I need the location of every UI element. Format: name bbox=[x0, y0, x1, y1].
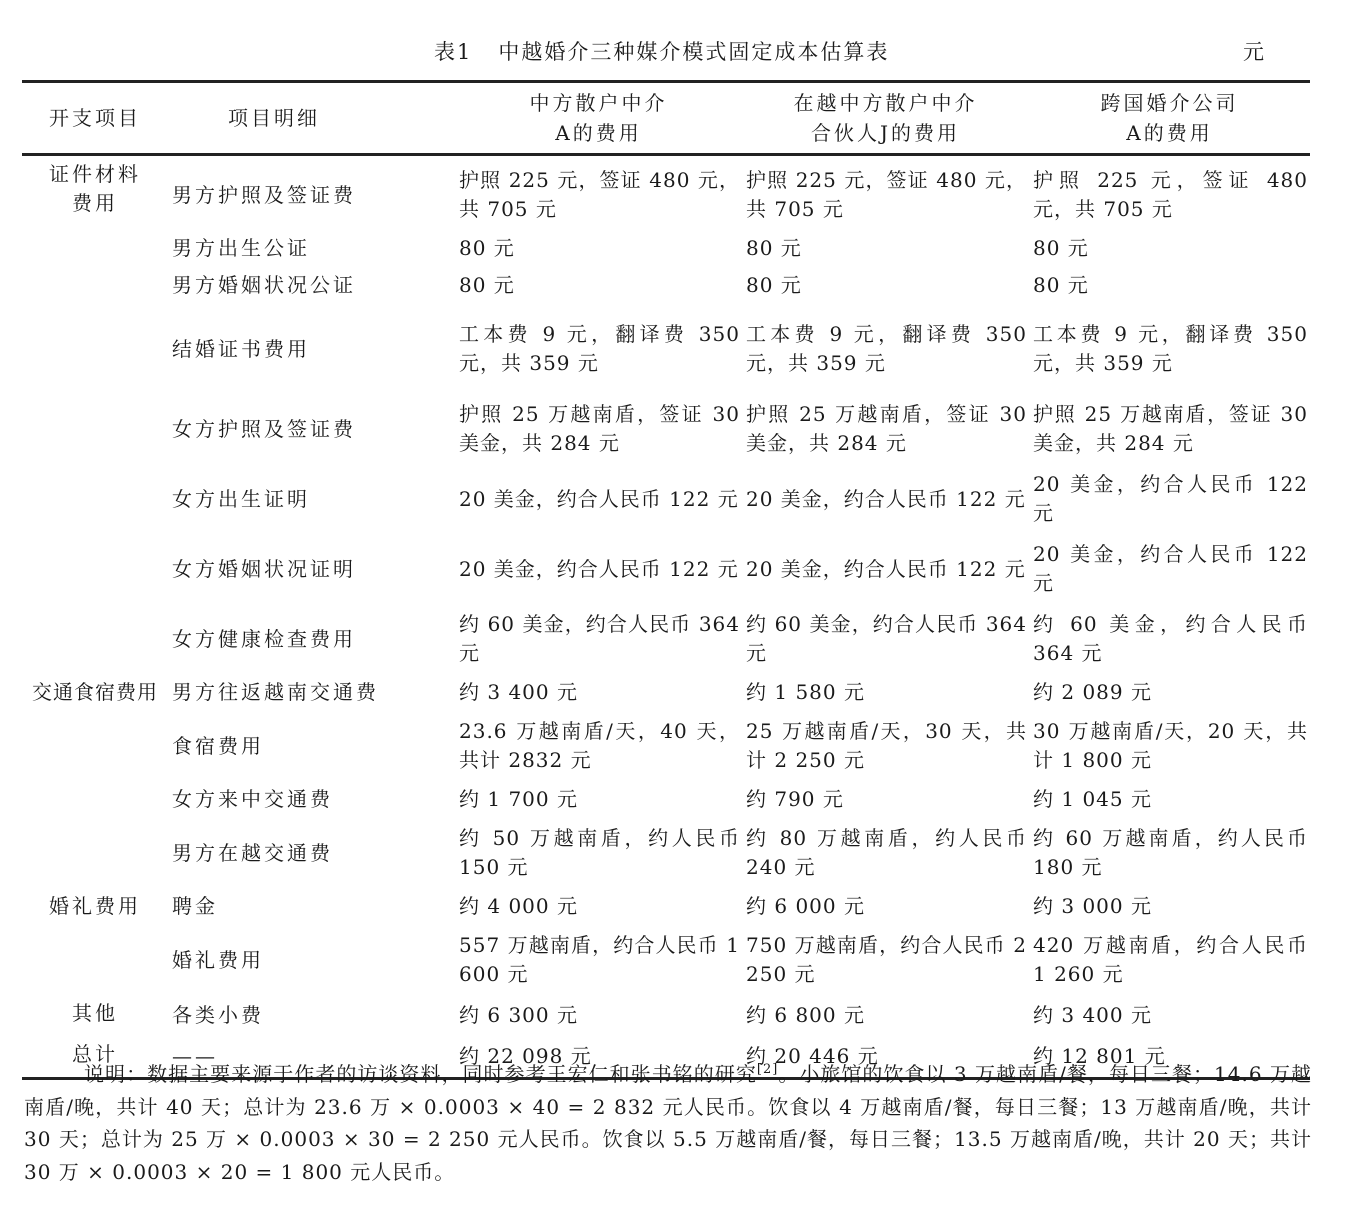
table-note: 说明：数据主要来源于作者的访谈资料，同时参考王宏仁和张书铭的研究[2]。小旅馆的… bbox=[24, 1058, 1312, 1188]
table-number: 表1 bbox=[434, 40, 472, 64]
category-documents: 证件材料费用 bbox=[22, 155, 168, 675]
value-agent-a: 80 元 bbox=[455, 230, 742, 267]
value-company-a: 80 元 bbox=[1029, 230, 1310, 267]
value-partner-j: 工本费 9 元，翻译费 350 元，共 359 元 bbox=[742, 304, 1029, 394]
table-row: 男方婚姻状况公证 80 元 80 元 80 元 bbox=[22, 267, 1310, 304]
table-row: 食宿费用 23.6 万越南盾/天，40 天，共计 2832 元 25 万越南盾/… bbox=[22, 711, 1310, 781]
header-company-a: 跨国婚介公司A的费用 bbox=[1029, 82, 1310, 155]
note-text-before: 说明：数据主要来源于作者的访谈资料，同时参考王宏仁和张书铭的研究 bbox=[84, 1062, 757, 1086]
table-header-row: 开支项目 项目明细 中方散户中介A的费用 在越中方散户中介合伙人J的费用 跨国婚… bbox=[22, 82, 1310, 155]
table-row: 证件材料费用 男方护照及签证费 护照 225 元，签证 480 元，共 705 … bbox=[22, 155, 1310, 231]
value-partner-j: 约 60 美金，约合人民币 364 元 bbox=[742, 604, 1029, 674]
category-transport: 交通食宿费用 bbox=[22, 674, 168, 888]
value-company-a: 约 3 000 元 bbox=[1029, 888, 1310, 925]
value-partner-j: 750 万越南盾，约合人民币 2 250 元 bbox=[742, 925, 1029, 995]
item-cell: 女方婚姻状况证明 bbox=[168, 534, 455, 604]
value-company-a: 工本费 9 元，翻译费 350 元，共 359 元 bbox=[1029, 304, 1310, 394]
item-cell: 男方往返越南交通费 bbox=[168, 674, 455, 711]
table-row: 男方出生公证 80 元 80 元 80 元 bbox=[22, 230, 1310, 267]
header-expense-category: 开支项目 bbox=[22, 82, 168, 155]
item-cell: 女方出生证明 bbox=[168, 464, 455, 534]
value-agent-a: 约 1 700 元 bbox=[455, 781, 742, 818]
value-partner-j: 约 6 800 元 bbox=[742, 995, 1029, 1036]
item-cell: 男方护照及签证费 bbox=[168, 155, 455, 231]
item-cell: 女方来中交通费 bbox=[168, 781, 455, 818]
table-row: 婚礼费用 557 万越南盾，约合人民币 1 600 元 750 万越南盾，约合人… bbox=[22, 925, 1310, 995]
value-partner-j: 80 元 bbox=[742, 230, 1029, 267]
value-company-a: 护照 225 元，签证 480 元，共 705 元 bbox=[1029, 155, 1310, 231]
value-agent-a: 约 6 300 元 bbox=[455, 995, 742, 1036]
value-agent-a: 557 万越南盾，约合人民币 1 600 元 bbox=[455, 925, 742, 995]
category-wedding: 婚礼费用 bbox=[22, 888, 168, 995]
value-partner-j: 护照 225 元，签证 480 元，共 705 元 bbox=[742, 155, 1029, 231]
table-row: 男方在越交通费 约 50 万越南盾，约人民币 150 元 约 80 万越南盾，约… bbox=[22, 818, 1310, 888]
table-row: 女方出生证明 20 美金，约合人民币 122 元 20 美金，约合人民币 122… bbox=[22, 464, 1310, 534]
header-item-detail: 项目明细 bbox=[168, 82, 455, 155]
item-cell: 男方在越交通费 bbox=[168, 818, 455, 888]
value-agent-a: 20 美金，约合人民币 122 元 bbox=[455, 534, 742, 604]
item-cell: 男方出生公证 bbox=[168, 230, 455, 267]
value-company-a: 约 60 万越南盾，约人民币 180 元 bbox=[1029, 818, 1310, 888]
table-row: 女方护照及签证费 护照 25 万越南盾，签证 30 美金，共 284 元 护照 … bbox=[22, 394, 1310, 464]
value-partner-j: 25 万越南盾/天，30 天，共计 2 250 元 bbox=[742, 711, 1029, 781]
value-agent-a: 工本费 9 元，翻译费 350 元，共 359 元 bbox=[455, 304, 742, 394]
table-title: 表1中越婚介三种媒介模式固定成本估算表 bbox=[434, 36, 889, 66]
header-partner-j: 在越中方散户中介合伙人J的费用 bbox=[742, 82, 1029, 155]
table-row: 女方健康检查费用 约 60 美金，约合人民币 364 元 约 60 美金，约合人… bbox=[22, 604, 1310, 674]
value-company-a: 420 万越南盾，约合人民币 1 260 元 bbox=[1029, 925, 1310, 995]
value-agent-a: 约 50 万越南盾，约人民币 150 元 bbox=[455, 818, 742, 888]
value-company-a: 30 万越南盾/天，20 天，共计 1 800 元 bbox=[1029, 711, 1310, 781]
item-cell: 结婚证书费用 bbox=[168, 304, 455, 394]
table-row: 女方来中交通费 约 1 700 元 约 790 元 约 1 045 元 bbox=[22, 781, 1310, 818]
value-company-a: 约 3 400 元 bbox=[1029, 995, 1310, 1036]
table-title-text: 中越婚介三种媒介模式固定成本估算表 bbox=[498, 40, 889, 64]
header-agent-a: 中方散户中介A的费用 bbox=[455, 82, 742, 155]
item-cell: 女方护照及签证费 bbox=[168, 394, 455, 464]
value-company-a: 约 1 045 元 bbox=[1029, 781, 1310, 818]
item-cell: 婚礼费用 bbox=[168, 925, 455, 995]
value-partner-j: 20 美金，约合人民币 122 元 bbox=[742, 464, 1029, 534]
table-row: 结婚证书费用 工本费 9 元，翻译费 350 元，共 359 元 工本费 9 元… bbox=[22, 304, 1310, 394]
value-company-a: 20 美金，约合人民币 122 元 bbox=[1029, 534, 1310, 604]
table-row: 婚礼费用 聘金 约 4 000 元 约 6 000 元 约 3 000 元 bbox=[22, 888, 1310, 925]
table-unit: 元 bbox=[1243, 36, 1264, 66]
item-cell: 聘金 bbox=[168, 888, 455, 925]
table-row: 女方婚姻状况证明 20 美金，约合人民币 122 元 20 美金，约合人民币 1… bbox=[22, 534, 1310, 604]
table-row: 交通食宿费用 男方往返越南交通费 约 3 400 元 约 1 580 元 约 2… bbox=[22, 674, 1310, 711]
category-other: 其他 bbox=[22, 995, 168, 1036]
value-company-a: 护照 25 万越南盾，签证 30 美金，共 284 元 bbox=[1029, 394, 1310, 464]
value-partner-j: 护照 25 万越南盾，签证 30 美金，共 284 元 bbox=[742, 394, 1029, 464]
table-caption: 表1中越婚介三种媒介模式固定成本估算表 元 bbox=[0, 32, 1370, 66]
value-company-a: 约 2 089 元 bbox=[1029, 674, 1310, 711]
value-partner-j: 约 1 580 元 bbox=[742, 674, 1029, 711]
value-agent-a: 80 元 bbox=[455, 267, 742, 304]
item-cell: 男方婚姻状况公证 bbox=[168, 267, 455, 304]
value-company-a: 80 元 bbox=[1029, 267, 1310, 304]
value-partner-j: 约 6 000 元 bbox=[742, 888, 1029, 925]
value-agent-a: 20 美金，约合人民币 122 元 bbox=[455, 464, 742, 534]
value-partner-j: 约 80 万越南盾，约人民币 240 元 bbox=[742, 818, 1029, 888]
value-partner-j: 约 790 元 bbox=[742, 781, 1029, 818]
value-company-a: 20 美金，约合人民币 122 元 bbox=[1029, 464, 1310, 534]
item-cell: 食宿费用 bbox=[168, 711, 455, 781]
item-cell: 各类小费 bbox=[168, 995, 455, 1036]
value-agent-a: 护照 25 万越南盾，签证 30 美金，共 284 元 bbox=[455, 394, 742, 464]
cost-estimate-table: 开支项目 项目明细 中方散户中介A的费用 在越中方散户中介合伙人J的费用 跨国婚… bbox=[22, 80, 1310, 1080]
item-cell: 女方健康检查费用 bbox=[168, 604, 455, 674]
value-partner-j: 20 美金，约合人民币 122 元 bbox=[742, 534, 1029, 604]
table-row: 其他 各类小费 约 6 300 元 约 6 800 元 约 3 400 元 bbox=[22, 995, 1310, 1036]
value-partner-j: 80 元 bbox=[742, 267, 1029, 304]
value-agent-a: 护照 225 元，签证 480 元，共 705 元 bbox=[455, 155, 742, 231]
value-agent-a: 23.6 万越南盾/天，40 天，共计 2832 元 bbox=[455, 711, 742, 781]
value-agent-a: 约 3 400 元 bbox=[455, 674, 742, 711]
value-company-a: 约 60 美金，约合人民币 364 元 bbox=[1029, 604, 1310, 674]
note-reference[interactable]: [2] bbox=[757, 1062, 778, 1077]
value-agent-a: 约 60 美金，约合人民币 364 元 bbox=[455, 604, 742, 674]
value-agent-a: 约 4 000 元 bbox=[455, 888, 742, 925]
